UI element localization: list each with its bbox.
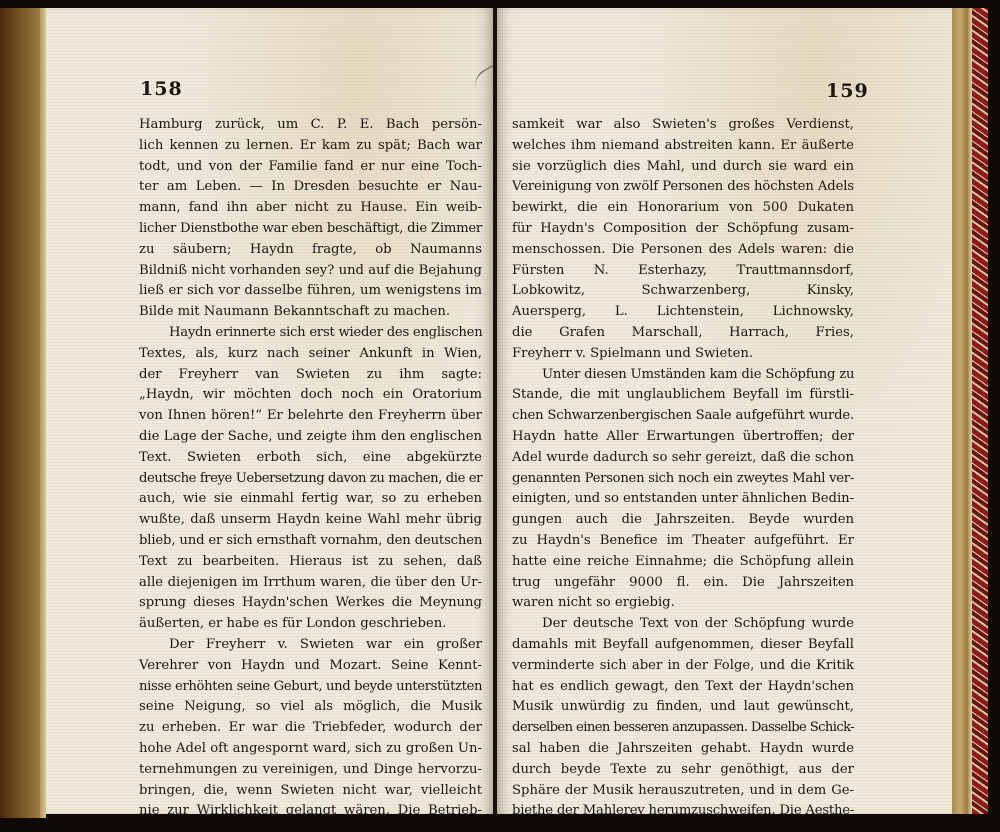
text-line: Musik unwürdig zu finden, und laut gewün… [512, 697, 854, 718]
text-line: Haydn erinnerte sich erst wieder des eng… [139, 323, 482, 344]
text-line: mann, fand ihn aber nicht zu Hause. Ein … [139, 198, 482, 219]
text-line: deutsche freye Uebersetzung davon zu mac… [139, 469, 482, 490]
text-line: wußte, daß unserm Haydn keine Wahl mehr … [139, 510, 482, 531]
text-line: Text. Swieten erboth sich, eine abgekürz… [139, 448, 482, 469]
text-line: Bildniß nicht vorhanden sey? und auf die… [139, 261, 482, 282]
text-line: sal haben die Jahrszeiten gehabt. Haydn … [512, 739, 854, 760]
left-page-text: Hamburg zurück, um C. P. E. Bach persön-… [139, 115, 482, 822]
text-line: durch beyde Texte zu sehr genöthigt, aus… [512, 760, 854, 781]
text-line: gungen auch die Jahrszeiten. Beyde wurde… [512, 510, 854, 531]
text-line: einigten, und so entstanden unter ähnlic… [512, 489, 854, 510]
text-line: licher Dienstbothe war eben beschäftigt,… [139, 219, 482, 240]
text-line: ter am Leben. — In Dresden besuchte er N… [139, 177, 482, 198]
text-line: nisse erhöhten seine Geburt, und beyde u… [139, 677, 482, 698]
text-line: menschossen. Die Personen des Adels ware… [512, 240, 854, 261]
text-line: samkeit war also Swieten's großes Verdie… [512, 115, 854, 136]
text-line: zu säubern; Haydn fragte, ob Naumanns [139, 240, 482, 261]
text-line: Der Freyherr v. Swieten war ein großer [139, 635, 482, 656]
text-line: Auersperg, L. Lichtenstein, Lichnowsky, [512, 302, 854, 323]
text-line: Adel wurde dadurch so sehr gereizt, daß … [512, 448, 854, 469]
text-line: Haydn hatte Aller Erwartungen übertroffe… [512, 427, 854, 448]
page-fore-edge [952, 8, 972, 814]
text-line: die Lage der Sache, und zeigte ihm den e… [139, 427, 482, 448]
text-line: Bilde mit Naumann Bekanntschaft zu mache… [139, 302, 482, 323]
text-line: zu Haydn's Benefice im Theater aufgeführ… [512, 531, 854, 552]
text-line: Text zu bearbeiten. Hieraus ist zu sehen… [139, 552, 482, 573]
left-cover-board [0, 8, 46, 818]
text-line: Verehrer von Haydn und Mozart. Seine Ken… [139, 656, 482, 677]
text-line: für Haydn's Composition der Schöpfung zu… [512, 219, 854, 240]
text-line: Hamburg zurück, um C. P. E. Bach persön- [139, 115, 482, 136]
text-line: todt, und von der Familie fand er nur ei… [139, 157, 482, 178]
text-line: auch, wie sie einmahl fertig war, so zu … [139, 489, 482, 510]
text-line: ternehmungen zu vereinigen, und Dinge he… [139, 760, 482, 781]
text-line: Der deutsche Text von der Schöpfung wurd… [512, 614, 854, 635]
text-line: biethe der Mahlerey herumzuschweifen. Di… [512, 801, 854, 822]
text-line: Textes, als, kurz nach seiner Ankunft in… [139, 344, 482, 365]
text-line: seine Neigung, so viel als möglich, die … [139, 697, 482, 718]
text-line: Stande, die mit unglaublichem Beyfall im… [512, 385, 854, 406]
text-line: hohe Adel oft angespornt ward, sich zu g… [139, 739, 482, 760]
text-line: lich kennen zu lernen. Er kam zu spät; B… [139, 136, 482, 157]
text-line: hat es endlich gewagt, den Text der Hayd… [512, 677, 854, 698]
text-line: die Grafen Marschall, Harrach, Fries, [512, 323, 854, 344]
text-line: Lobkowitz, Schwarzenberg, Kinsky, [512, 281, 854, 302]
page-number-right: 159 [826, 80, 869, 102]
text-line: welches ihm niemand abstreiten kann. Er … [512, 136, 854, 157]
text-line: waren nicht so ergiebig. [512, 593, 854, 614]
page-number-left: 158 [140, 78, 183, 100]
text-line: von Ihnen hören!“ Er belehrte den Freyhe… [139, 406, 482, 427]
text-line: nie zur Wirklichkeit gelangt wären. Die … [139, 801, 482, 822]
text-line: „Haydn, wir möchten doch noch ein Orator… [139, 385, 482, 406]
text-line: verminderte sich aber in der Folge, und … [512, 656, 854, 677]
text-line: der Freyherr van Swieten zu ihm sagte: [139, 365, 482, 386]
right-page-text: samkeit war also Swieten's großes Verdie… [512, 115, 854, 822]
text-line: Unter diesen Umständen kam die Schöpfung… [512, 365, 854, 386]
text-line: damahls mit Beyfall aufgenommen, dieser … [512, 635, 854, 656]
text-line: sprung dieses Haydn'schen Werkes die Mey… [139, 593, 482, 614]
text-line: ließ er sich vor dasselbe führen, um wen… [139, 281, 482, 302]
text-line: Sphäre der Musik herauszutreten, und in … [512, 781, 854, 802]
text-line: Fürsten N. Esterhazy, Trauttmannsdorf, [512, 261, 854, 282]
text-line: alle diejenigen im Irrthum waren, die üb… [139, 573, 482, 594]
text-line: blieb, und er sich ernsthaft vornahm, de… [139, 531, 482, 552]
text-line: bringen, die, wenn Swieten nicht war, vi… [139, 781, 482, 802]
text-line: sie vorzüglich dies Mahl, und durch sie … [512, 157, 854, 178]
text-line: äußerten, er habe es für London geschrie… [139, 614, 482, 635]
text-line: chen Schwarzenbergischen Saale aufgeführ… [512, 406, 854, 427]
background-edge [988, 0, 1000, 832]
text-line: genannten Personen sich noch ein zweytes… [512, 469, 854, 490]
text-line: bewirkt, die ein Honorarium von 500 Duka… [512, 198, 854, 219]
text-line: trug ungefähr 9000 fl. ein. Die Jahrszei… [512, 573, 854, 594]
text-line: Freyherr v. Spielmann und Swieten. [512, 344, 854, 365]
text-line: Vereinigung von zwölf Personen des höchs… [512, 177, 854, 198]
marbled-cover-edge [972, 8, 988, 814]
text-line: zu erheben. Er war die Triebfeder, wodur… [139, 718, 482, 739]
open-book: 158 159 Hamburg zurück, um C. P. E. Bach… [0, 0, 1000, 832]
text-line: derselben einen besseren anzupassen. Das… [512, 718, 854, 739]
text-line: hatte eine reiche Einnahme; die Schöpfun… [512, 552, 854, 573]
